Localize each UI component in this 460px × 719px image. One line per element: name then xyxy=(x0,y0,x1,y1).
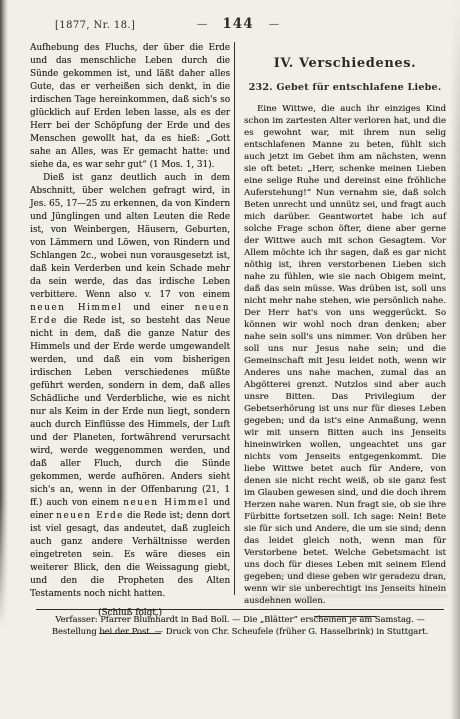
left-column-text: Aufhebung des Fluchs, der über die Erde … xyxy=(30,42,230,601)
page-number-value: 144 xyxy=(222,16,253,32)
page-number-dash-left: — xyxy=(197,18,208,30)
right-column: IV. Verschiedenes. 232. Gebet für entsch… xyxy=(244,56,446,617)
page-number-dash-right: — xyxy=(269,18,280,30)
footer-printer-line: Bestellung bei der Post. — Druck von Chr… xyxy=(36,626,444,638)
article-heading: 232. Gebet für entschlafene Liebe. xyxy=(244,82,446,93)
emphasized-text: neuen Erde xyxy=(56,511,124,521)
emphasized-text: neuen Himmel xyxy=(123,498,209,508)
right-column-text: Eine Wittwe, die auch ihr einziges Kind … xyxy=(244,103,446,607)
section-heading: IV. Verschiedenes. xyxy=(244,56,446,71)
text-run: die Rede ist, so besteht das Neue nicht … xyxy=(30,316,230,508)
scanned-page: [1877, Nr. 18.] —144— Aufhebung des Fluc… xyxy=(0,0,460,719)
text-run: Dieß ist ganz deutlich auch in dem Absch… xyxy=(30,173,230,300)
emphasized-text: neuen Himmel xyxy=(30,303,122,313)
page-number: —144— xyxy=(30,16,446,32)
ink-bleedthrough-artifact xyxy=(252,572,448,606)
text-run: Eine Wittwe, die auch ihr einziges Kind … xyxy=(244,104,446,606)
text-run: die Rede ist; denn dort ist viel gesagt,… xyxy=(30,511,230,599)
column-divider-rule xyxy=(234,42,235,595)
body-paragraph: Eine Wittwe, die auch ihr einziges Kind … xyxy=(244,103,446,607)
left-column: Aufhebung des Fluchs, der über die Erde … xyxy=(30,42,230,634)
page-footer: Verfasser: Pfarrer Blumhardt in Bad Boll… xyxy=(36,609,444,638)
scan-edge-right-shadow xyxy=(450,0,460,719)
body-paragraph: Dieß ist ganz deutlich auch in dem Absch… xyxy=(30,172,230,601)
text-run: Aufhebung des Fluchs, der über die Erde … xyxy=(30,43,230,170)
scan-edge-left-shadow xyxy=(0,0,8,640)
body-paragraph: Aufhebung des Fluchs, der über die Erde … xyxy=(30,42,230,172)
text-run: und einer xyxy=(122,303,194,313)
footer-publisher-line: Verfasser: Pfarrer Blumhardt in Bad Boll… xyxy=(36,614,444,626)
